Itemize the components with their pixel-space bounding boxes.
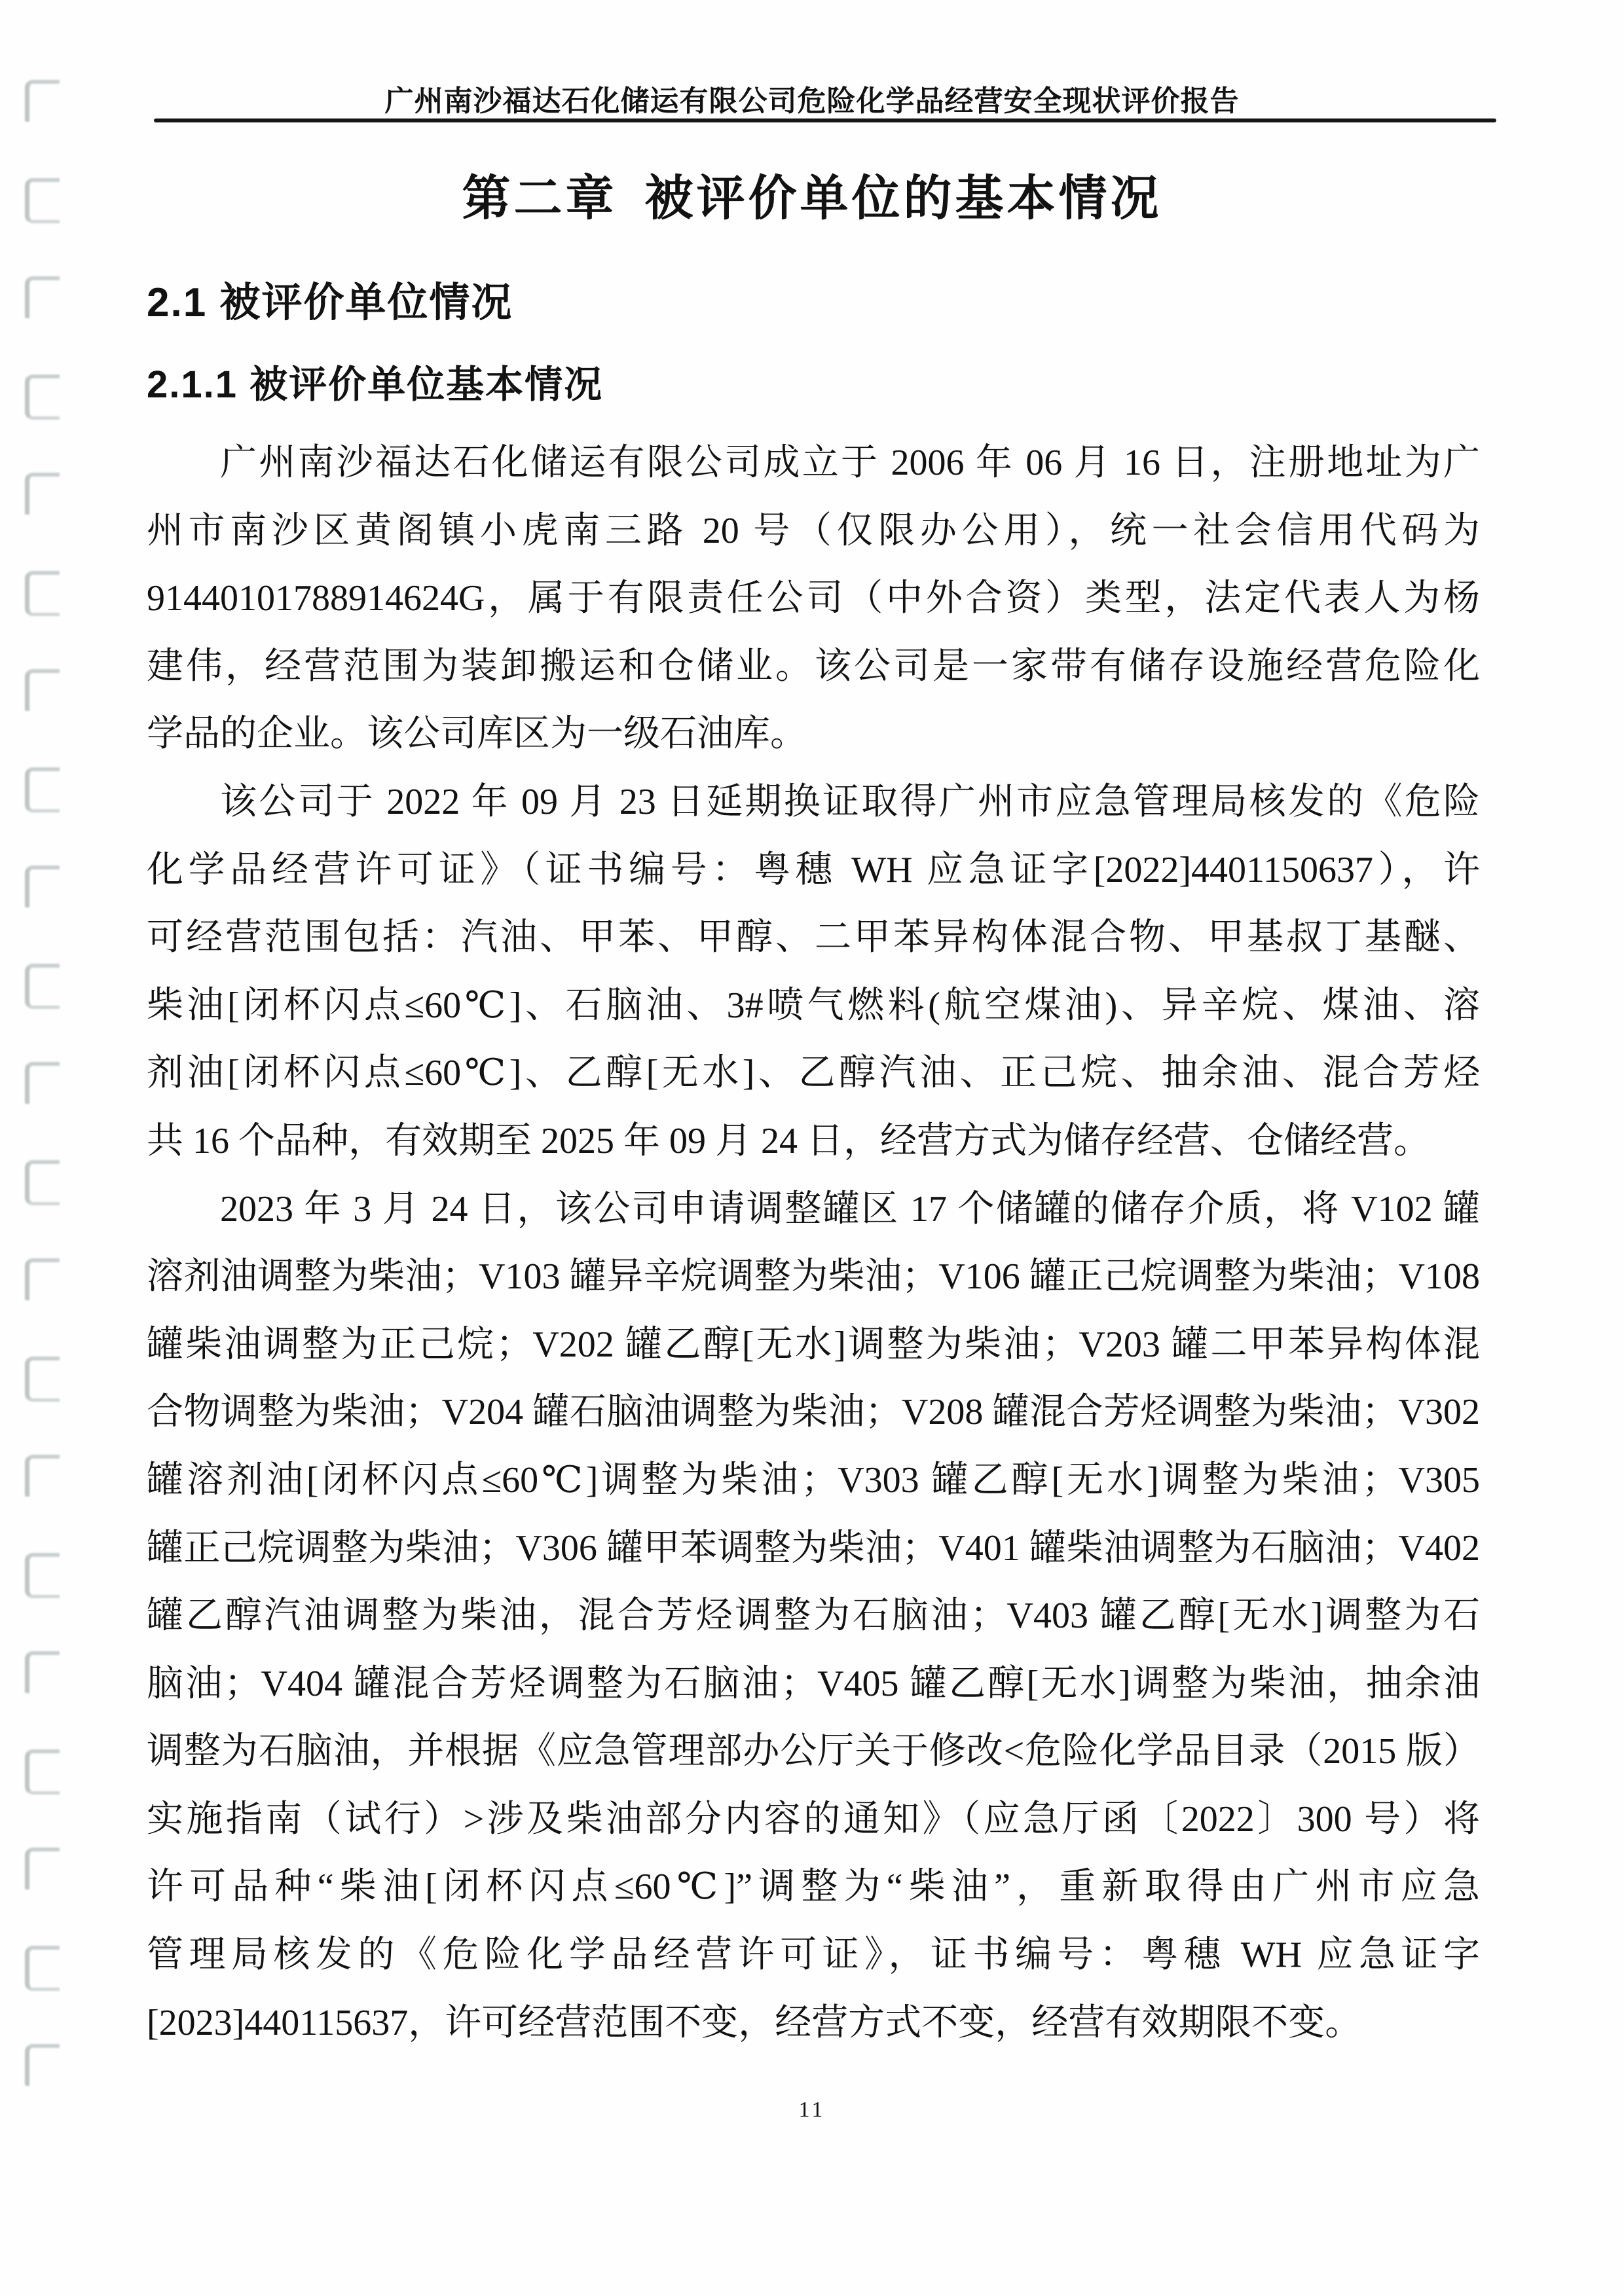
header-rule: [154, 118, 1496, 122]
binding-mark: [25, 1455, 60, 1497]
binding-mark: [25, 374, 60, 420]
body-line: 脑油；V404 罐混合芳烃调整为石脑油；V405 罐乙醇[无水]调整为柴油，抽余…: [147, 1650, 1480, 1719]
body-line: 剂油[闭杯闪点≤60℃]、乙醇[无水]、乙醇汽油、正己烷、抽余油、混合芳烃: [147, 1040, 1480, 1108]
binding-mark: [25, 1651, 60, 1693]
report-page: 广州南沙福达石化储运有限公司危险化学品经营安全现状评价报告 第二章 被评价单位的…: [0, 0, 1624, 2296]
body-line: 建伟，经营范围为装卸搬运和仓储业。该公司是一家带有储存设施经营危险化: [147, 633, 1480, 701]
body-line: 罐乙醇汽油调整为柴油，混合芳烃调整为石脑油；V403 罐乙醇[无水]调整为石: [147, 1582, 1480, 1650]
binding-mark: [25, 1553, 60, 1598]
section-heading-2-1: 2.1 被评价单位情况: [147, 270, 513, 328]
binding-mark: [25, 276, 60, 318]
binding-mark: [25, 866, 60, 907]
body-line: 柴油[闭杯闪点≤60℃]、石脑油、3#喷气燃料(航空煤油)、异辛烷、煤油、溶: [147, 972, 1480, 1040]
body-line: 2023 年 3 月 24 日，该公司申请调整罐区 17 个储罐的储存介质，将 …: [147, 1176, 1480, 1244]
body-line: 溶剂油调整为柴油；V103 罐异辛烷调整为柴油；V106 罐正己烷调整为柴油；V…: [147, 1243, 1480, 1311]
body-line: 该公司于 2022 年 09 月 23 日延期换证取得广州市应急管理局核发的《危…: [147, 769, 1480, 837]
body-line: 学品的企业。该公司库区为一级石油库。: [147, 701, 1480, 769]
body-line: 罐溶剂油[闭杯闪点≤60℃]调整为柴油；V303 罐乙醇[无水]调整为柴油；V3…: [147, 1447, 1480, 1515]
body-line: 化学品经营许可证》（证书编号：粤穗 WH 应急证字[2022]440115063…: [147, 837, 1480, 905]
body-text: 广州南沙福达石化储运有限公司成立于 2006 年 06 月 16 日，注册地址为…: [147, 429, 1480, 2057]
body-line: 调整为石脑油，并根据《应急管理部办公厅关于修改<危险化学品目录（2015 版）: [147, 1718, 1480, 1786]
body-line: 管理局核发的《危险化学品经营许可证》，证书编号：粤穗 WH 应急证字: [147, 1922, 1480, 1990]
body-line: 实施指南（试行）>涉及柴油部分内容的通知》（应急厅函〔2022〕300 号）将: [147, 1786, 1480, 1854]
binding-mark: [25, 1062, 60, 1104]
binding-mark: [25, 2044, 60, 2086]
body-line: 罐正己烷调整为柴油；V306 罐甲苯调整为柴油；V401 罐柴油调整为石脑油；V…: [147, 1515, 1480, 1583]
binding-mark: [25, 1357, 60, 1402]
binding-mark: [25, 1946, 60, 1991]
body-line: 广州南沙福达石化储运有限公司成立于 2006 年 06 月 16 日，注册地址为…: [147, 429, 1480, 498]
binding-mark: [25, 964, 60, 1009]
binding-mark: [25, 1848, 60, 1889]
binding-mark: [25, 1749, 60, 1795]
subsection-heading-2-1-1: 2.1.1 被评价单位基本情况: [147, 354, 603, 409]
binding-mark: [25, 669, 60, 711]
chapter-title: 第二章 被评价单位的基本情况: [0, 160, 1624, 229]
binding-mark: [25, 1160, 60, 1205]
body-line: 州市南沙区黄阁镇小虎南三路 20 号（仅限办公用），统一社会信用代码为: [147, 498, 1480, 566]
binding-mark: [25, 767, 60, 812]
body-line: 可经营范围包括：汽油、甲苯、甲醇、二甲苯异构体混合物、甲基叔丁基醚、: [147, 904, 1480, 972]
page-number: 11: [0, 2098, 1624, 2123]
binding-mark: [25, 571, 60, 616]
body-line: 许可品种“柴油[闭杯闪点≤60℃]”调整为“柴油”，重新取得由广州市应急: [147, 1853, 1480, 1922]
body-line: 共 16 个品种，有效期至 2025 年 09 月 24 日，经营方式为储存经营…: [147, 1108, 1480, 1176]
body-line: 合物调整为柴油；V204 罐石脑油调整为柴油；V208 罐混合芳烃调整为柴油；V…: [147, 1379, 1480, 1447]
binding-mark: [25, 473, 60, 515]
body-line: 罐柴油调整为正己烷；V202 罐乙醇[无水]调整为柴油；V203 罐二甲苯异构体…: [147, 1311, 1480, 1379]
body-line: 91440101788914624G，属于有限责任公司（中外合资）类型，法定代表…: [147, 565, 1480, 633]
running-header: 广州南沙福达石化储运有限公司危险化学品经营安全现状评价报告: [0, 77, 1624, 119]
body-line: [2023]440115637，许可经营范围不变，经营方式不变，经营有效期限不变…: [147, 1990, 1480, 2058]
binding-mark: [25, 1258, 60, 1300]
